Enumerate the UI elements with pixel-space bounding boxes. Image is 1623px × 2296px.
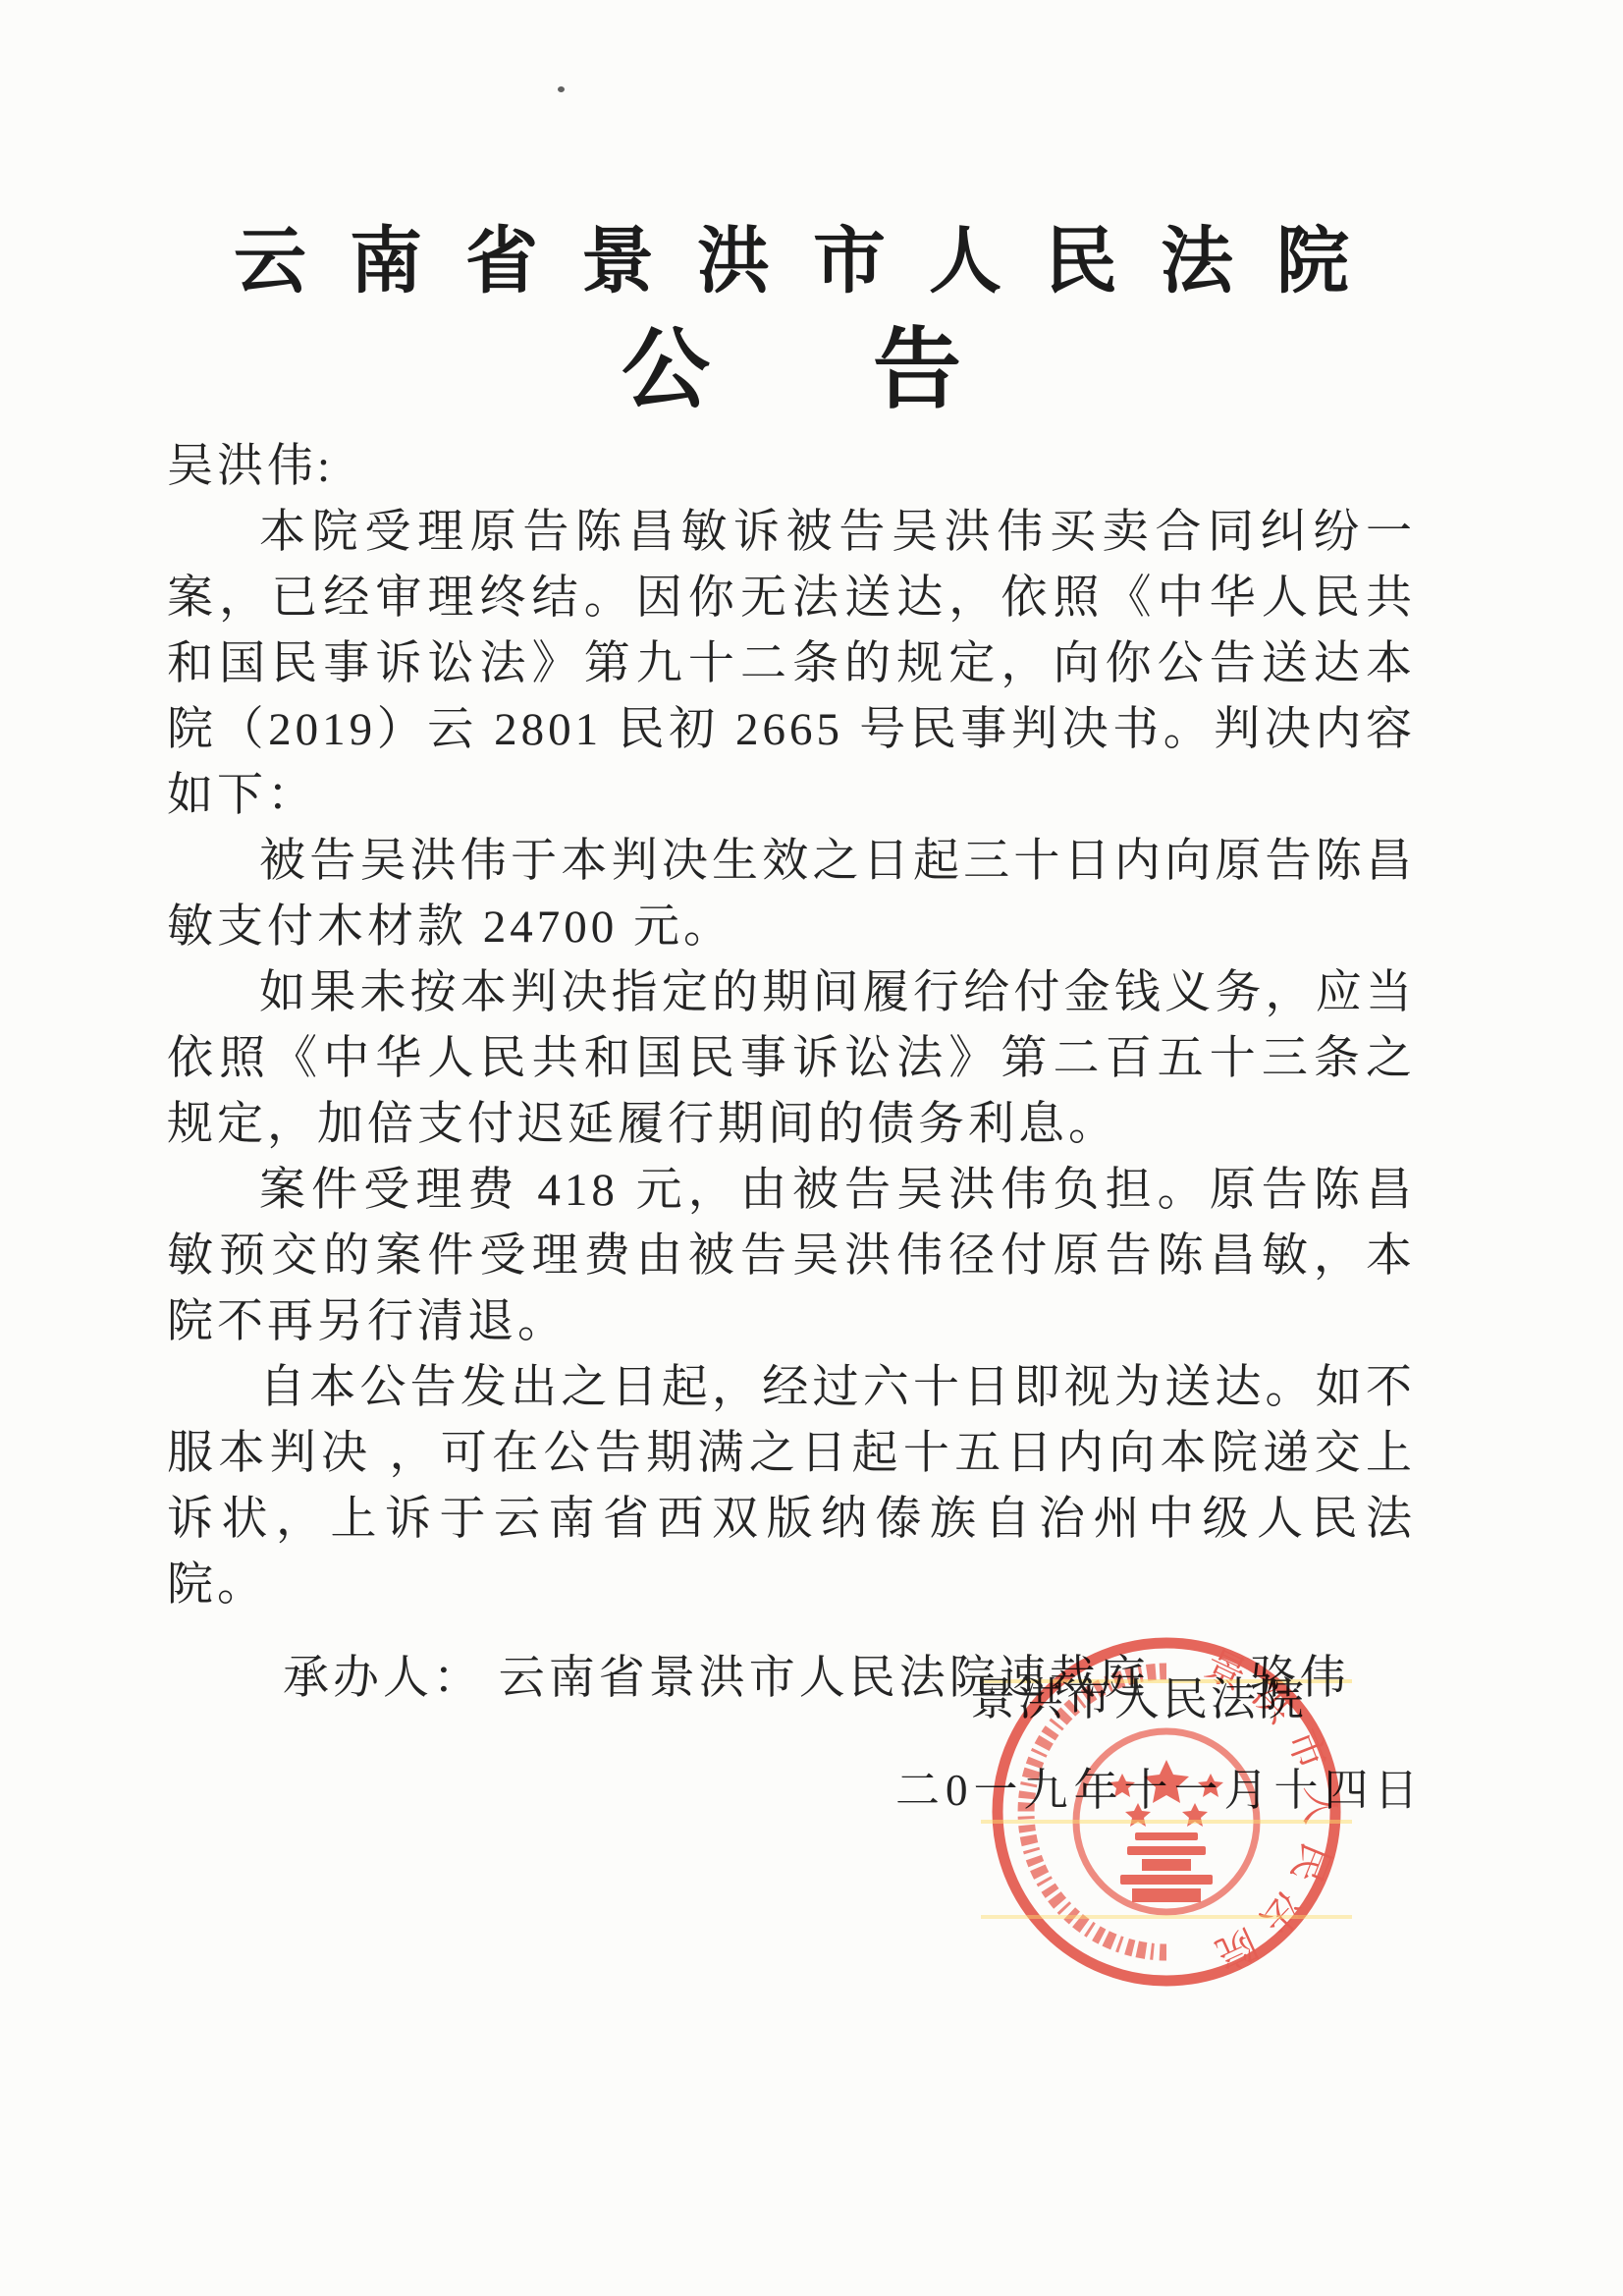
notice-body: 吴洪伟: 本院受理原告陈昌敏诉被告吴洪伟买卖合同纠纷一案，已经审理终结。因你无法… (167, 434, 1416, 1712)
emblem-big-star-icon (1144, 1760, 1189, 1803)
paragraph-interest-clause: 如果未按本判决指定的期间履行给付金钱义务，应当依照《中华人民共和国民事诉讼法》第… (167, 960, 1416, 1158)
paragraph-judgment: 被告吴洪伟于本判决生效之日起三十日内向原告陈昌敏支付木材款 24700 元。 (167, 829, 1416, 960)
paragraph-case-summary: 本院受理原告陈昌敏诉被告吴洪伟买卖合同纠纷一案，已经审理终结。因你无法送达，依照… (167, 500, 1416, 829)
paragraph-court-fee: 案件受理费 418 元，由被告吴洪伟负担。原告陈昌敏预交的案件受理费由被告吴洪伟… (167, 1158, 1416, 1355)
page-title: 云南省景洪市人民法院 (167, 212, 1416, 310)
recipient-line: 吴洪伟: (167, 434, 1416, 500)
emblem-small-star-icon (1198, 1774, 1223, 1797)
court-notice-page: 云南省景洪市人民法院 公告 吴洪伟: 本院受理原告陈昌敏诉被告吴洪伟买卖合同纠纷… (0, 0, 1623, 2296)
seal-ring-text: 景洪市人民法院 (1197, 1643, 1341, 1982)
scan-speck (558, 86, 565, 92)
official-seal: 景洪市人民法院 (975, 1620, 1358, 2003)
emblem-small-star-icon (1109, 1774, 1135, 1797)
notice-heading: 公告 (167, 312, 1416, 428)
emblem-gate-icon (1120, 1832, 1213, 1902)
seal-ring-text-wrap: 景洪市人民法院 (1197, 1643, 1341, 1982)
paragraph-appeal-rights: 自本公告发出之日起，经过六十日即视为送达。如不服本判决 ，可在公告期满之日起十五… (167, 1355, 1416, 1618)
